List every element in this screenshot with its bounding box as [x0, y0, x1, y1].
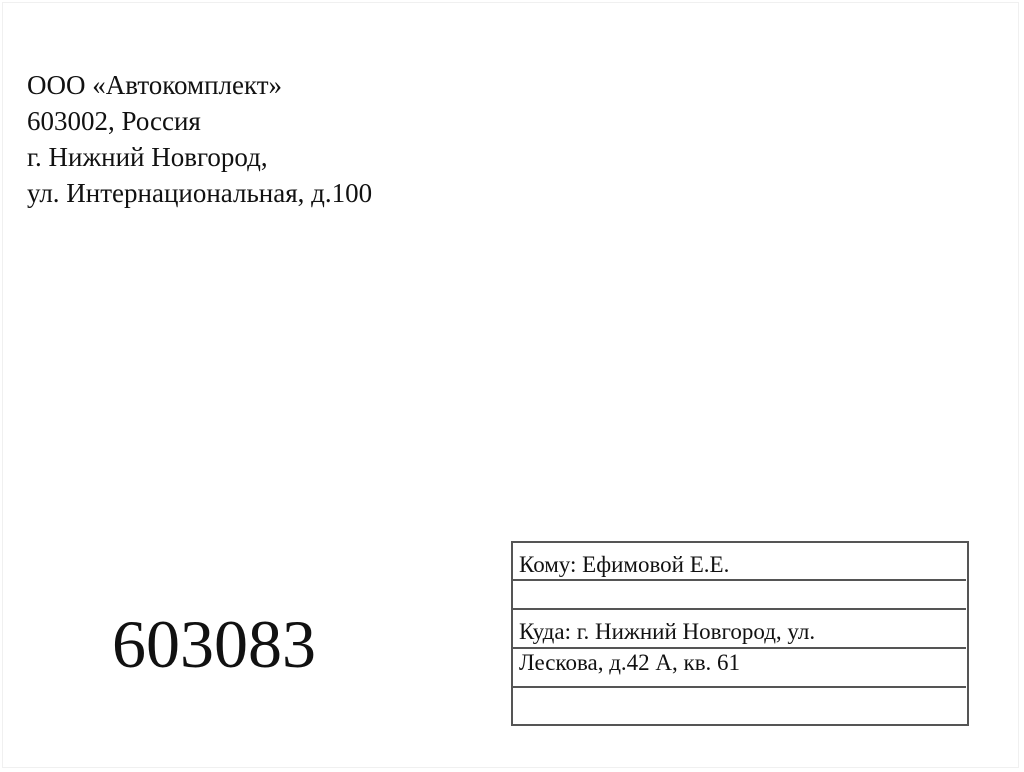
sender-postcode-country: 603002, Россия — [27, 103, 372, 139]
recipient-address-box: Кому: Ефимовой Е.Е. Куда: г. Нижний Новг… — [511, 541, 969, 726]
sender-company: ООО «Автокомплект» — [27, 67, 372, 103]
recipient-street-row: Лескова, д.42 А, кв. 61 — [513, 649, 966, 677]
address-line-divider — [513, 686, 966, 688]
recipient-where-row: Куда: г. Нижний Новгород, ул. — [513, 618, 966, 646]
sender-address: ООО «Автокомплект» 603002, Россия г. Ниж… — [27, 67, 372, 211]
address-line-divider — [513, 579, 966, 581]
recipient-postcode: 603083 — [112, 604, 316, 684]
sender-city: г. Нижний Новгород, — [27, 139, 372, 175]
address-line-divider — [513, 608, 966, 610]
recipient-to-row: Кому: Ефимовой Е.Е. — [513, 551, 966, 579]
sender-street: ул. Интернациональная, д.100 — [27, 175, 372, 211]
